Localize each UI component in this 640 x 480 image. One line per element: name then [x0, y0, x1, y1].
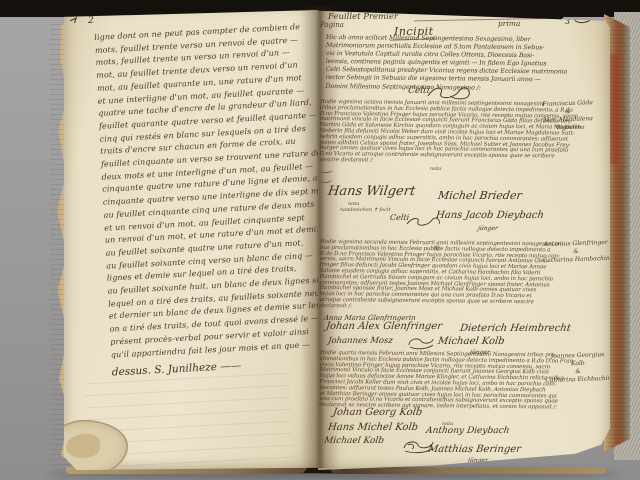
signature-junior-note: jünger — [468, 457, 489, 464]
margin-note-couple-3: Joannes GeorgiusKolb&Catharina Eichbachi… — [537, 351, 618, 386]
header-pagina: Pagina — [320, 21, 344, 29]
right-page: Feuillet Premier Pagina prima 3 Incipit … — [318, 8, 610, 470]
signature-junior-note: jünger — [478, 225, 499, 232]
left-page-number: 2 — [88, 16, 94, 26]
ink-flourish — [320, 177, 332, 183]
signature-johan-alex-glenfringer: Johan Alex Glenfringer — [325, 321, 443, 332]
margin-note-couple-2: Antonius Glenfringer&Catharina Hambachin — [536, 239, 617, 266]
signature-hans-michel-kolb: Hans Michel Kolb — [327, 422, 419, 433]
left-page: 2 ligne dont on ne peut pas compter de c… — [64, 10, 318, 470]
header-prima: prima — [498, 19, 520, 28]
signature-anthony-dieybach: Anthony Dieybach — [425, 426, 510, 436]
margin-note-couple-1: Franciscus Gäda&Mar. MagdalenaWeberin — [527, 99, 608, 134]
signature-johannes-mosz: Johannes Mosz — [327, 336, 393, 346]
signature-johan-georg-kolb: Johan Georg Kolb — [332, 407, 423, 418]
french-proces-verbal: ligne dont on ne peut pas compter de com… — [94, 20, 331, 361]
ink-stain — [432, 244, 442, 252]
ink-mark — [70, 16, 84, 24]
signature-hans-wilgert: Hans Wilgert — [327, 184, 416, 199]
ink-flourish — [321, 167, 333, 173]
right-page-number: 3 — [565, 17, 570, 26]
signature-michel-brieder: Michel Brieder — [437, 189, 523, 202]
signature-hans-jacob-dieybach: Hans Jacob Dieybach — [435, 210, 544, 221]
signature-matthias-beringer: Matthias Beringer — [427, 444, 521, 455]
left-page-text: ligne dont on ne peut pas compter de com… — [94, 20, 332, 378]
nota-mark: nota — [430, 166, 441, 172]
signature-dieterich-heimbrecht: Dieterich Heimbrecht — [459, 323, 571, 334]
seal-flourish-icon — [406, 336, 436, 350]
handmark-note: handzeichen ✝ fecit — [340, 207, 391, 213]
signature-michael-kolb: Michael Kolb — [437, 336, 505, 347]
manuscript-photo: 2 ligne dont on ne peut pas compter de c… — [0, 0, 640, 480]
signature-michael-kolb: Michael Kolb — [323, 436, 384, 446]
